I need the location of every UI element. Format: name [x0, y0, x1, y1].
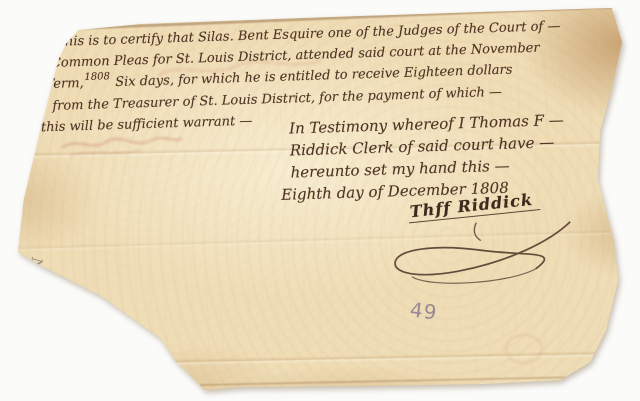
paper-shadow-wrap: This is to certify that Silas. Bent Esqu… [0, 0, 640, 401]
docket-side-note: No 22 [23, 257, 46, 324]
inserted-year: 1808 [84, 71, 110, 83]
certificate-text: This is to certify that Silas. Bent Esqu… [50, 14, 613, 138]
signature-flourish [384, 213, 586, 299]
pencil-page-number: 49 [409, 297, 439, 324]
ring-stain [505, 334, 543, 364]
paper-sheet: This is to certify that Silas. Bent Esqu… [0, 0, 640, 401]
scanned-document-photo: This is to certify that Silas. Bent Esqu… [0, 0, 640, 401]
body-line-3-start: Term, [45, 76, 83, 92]
